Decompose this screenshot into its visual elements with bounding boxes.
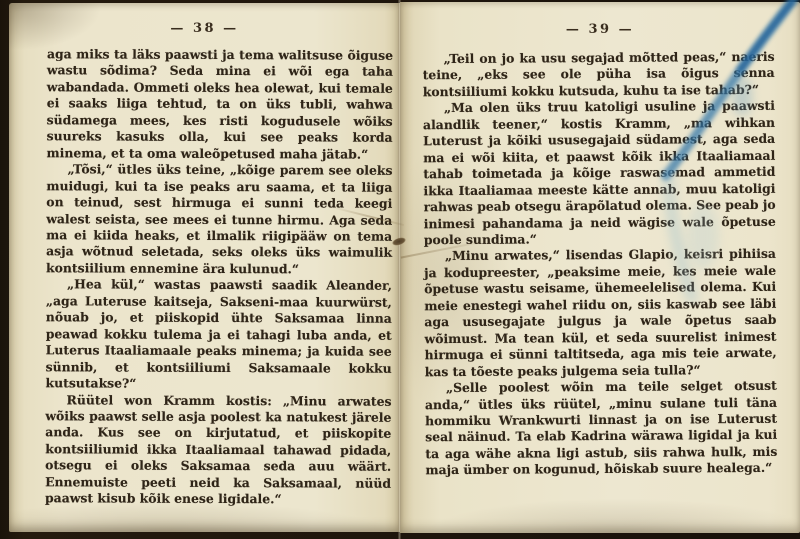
- right-page-number: — 39 —: [400, 22, 800, 37]
- left-page: — 38 — aga miks ta läks paawsti ja tema …: [9, 3, 400, 532]
- paragraph: „Selle poolest wõin ma teile selget otsu…: [425, 378, 778, 479]
- book-scan: — 38 — aga miks ta läks paawsti ja tema …: [0, 0, 800, 539]
- paragraph: „Minu arwates,“ lisendas Glapio, keisri …: [424, 246, 777, 380]
- paragraph: „Teil on jo ka usu segajad mõtted peas,“…: [423, 49, 775, 101]
- right-page: — 39 — „Teil on jo ka usu segajad mõtted…: [400, 2, 800, 533]
- right-page-text: „Teil on jo ka usu segajad mõtted peas,“…: [423, 49, 778, 479]
- left-page-text: aga miks ta läks paawsti ja tema walitsu…: [45, 46, 393, 508]
- paragraph: „Ma olen üks truu katoligi usuline ja pa…: [423, 98, 776, 249]
- left-page-number: — 38 —: [9, 21, 400, 36]
- paragraph: „Tõsi,“ ütles üks teine, „kõige parem se…: [46, 161, 392, 278]
- paragraph: aga miks ta läks paawsti ja tema walitsu…: [47, 46, 393, 163]
- paragraph: Rüütel won Kramm kostis: „Minu arwates w…: [45, 392, 391, 509]
- paragraph: „Hea kül,“ wastas paawsti saadik Aleande…: [45, 277, 391, 394]
- gutter-fold: [398, 0, 401, 539]
